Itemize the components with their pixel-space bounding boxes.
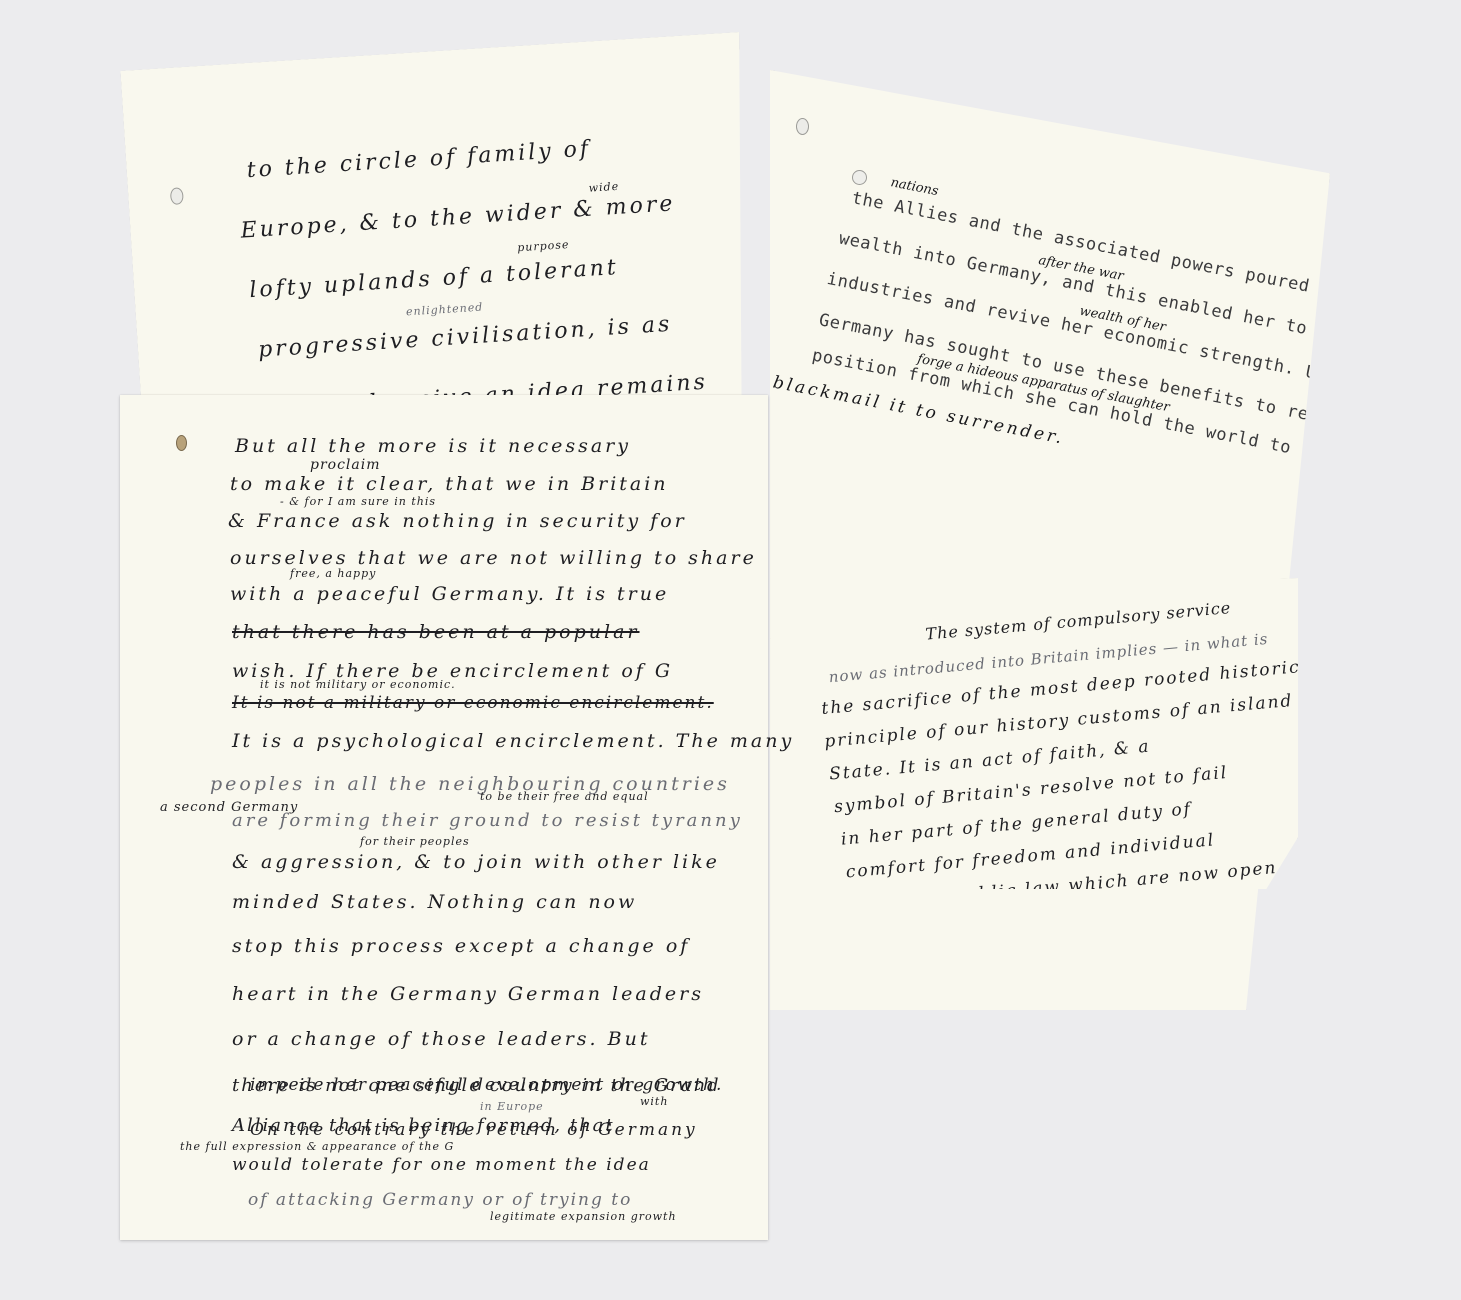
handwritten-line: peoples in all the neighbouring countrie… <box>210 773 730 795</box>
handwritten-line: with a peaceful Germany. It is true <box>230 583 669 605</box>
handwritten-line: stop this process except a change of <box>232 935 690 957</box>
handwritten-line: Europe, & to the wider & more <box>240 191 676 243</box>
handwritten-line: heart in the Germany German leaders <box>232 983 704 1005</box>
manuscript-sheet-main: But all the more is it necessary proclai… <box>120 395 768 1240</box>
interlinear-note: proclaim <box>310 457 381 473</box>
interlinear-note: it is not military or economic. <box>260 678 456 691</box>
interlinear-note: legitimate expansion growth <box>490 1210 677 1223</box>
handwritten-line: are forming their ground to resist tyran… <box>232 810 743 831</box>
handwritten-line: lofty uplands of a tolerant <box>249 255 620 303</box>
punch-hole <box>852 170 867 185</box>
interlinear-note: wide <box>588 180 619 195</box>
interlinear-note: purpose <box>517 238 570 254</box>
handwritten-line: to the circle of family of <box>246 136 592 183</box>
punch-hole <box>176 435 187 451</box>
handwritten-line: or a change of those leaders. But <box>232 1028 650 1050</box>
handwritten-line: ourselves that we are not willing to sha… <box>230 547 757 569</box>
handwritten-line: would tolerate for one moment the idea <box>232 1155 651 1175</box>
handwritten-line: On the contrary the return of Germany <box>250 1120 698 1140</box>
struck-line: It is not a military or economic encircl… <box>232 693 714 713</box>
interlinear-note: with <box>640 1095 668 1108</box>
interlinear-note: to be their free and equal <box>480 790 649 803</box>
interlinear-note: the full expression & appearance of the … <box>180 1140 454 1153</box>
handwritten-line: progressive civilisation, is as <box>257 312 673 363</box>
handwritten-line: to make it clear, that we in Britain <box>230 473 669 495</box>
struck-line: that there has been at a popular <box>232 621 640 643</box>
interlinear-note: - & for I am sure in this <box>280 495 436 508</box>
handwritten-line: It is a psychological encirclement. The … <box>232 730 794 752</box>
handwritten-line: & France ask nothing in security for <box>228 510 687 532</box>
handwritten-line: & aggression, & to join with other like <box>232 851 720 873</box>
punch-hole <box>170 187 184 205</box>
interlinear-note: enlightened <box>406 301 484 319</box>
handwritten-line: But all the more is it necessary <box>235 435 631 457</box>
handwritten-line: impede her peaceful development or growt… <box>250 1075 723 1095</box>
handwritten-line: of attacking Germany or of trying to <box>248 1190 632 1210</box>
interlinear-note: in Europe <box>480 1100 544 1113</box>
handwritten-line: minded States. Nothing can now <box>232 891 637 913</box>
interlinear-note: free, a happy <box>290 567 376 580</box>
punch-hole <box>796 118 809 135</box>
interlinear-note: for their peoples <box>360 835 470 848</box>
